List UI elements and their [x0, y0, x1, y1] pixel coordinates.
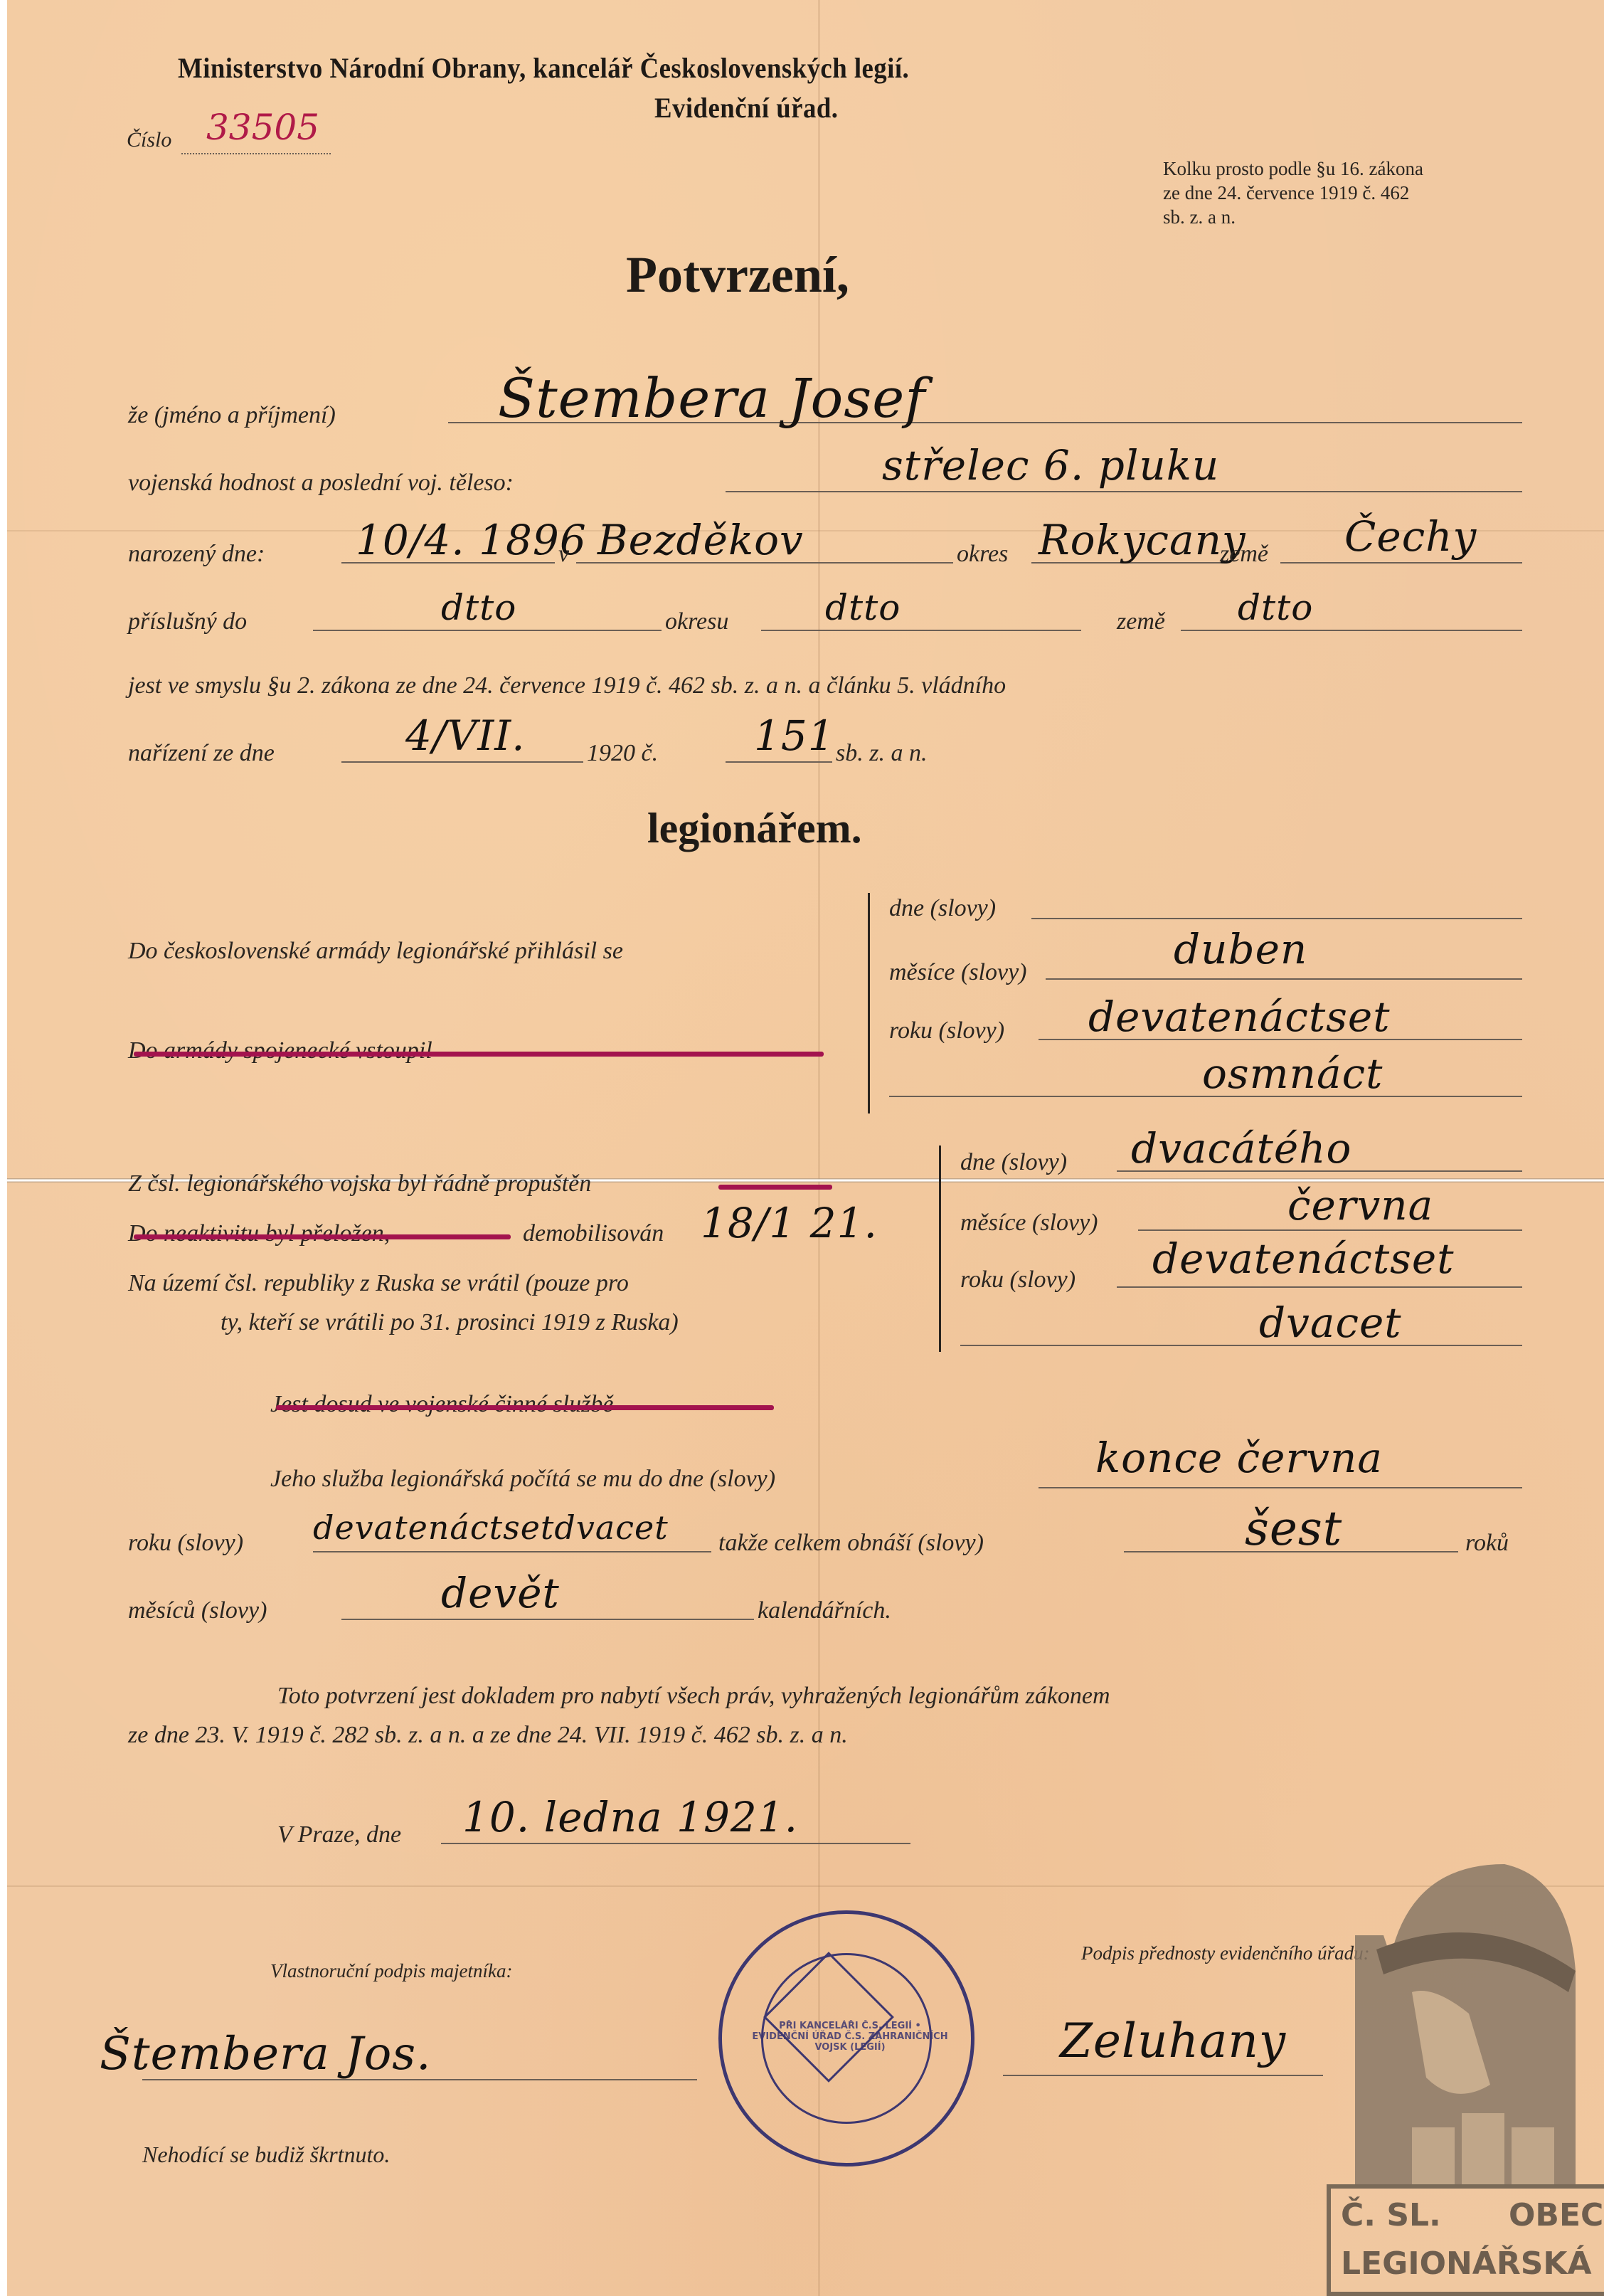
legion-association-logo: Č. SL. OBEC LEGIONÁŘSKÁ [1327, 1850, 1604, 2296]
belongs-district-line [761, 630, 1081, 631]
discharge-bracket [939, 1146, 941, 1352]
service-end-label: Jeho služba legionářská počítá se mu do … [270, 1466, 775, 1493]
document-title: Potvrzení, [626, 245, 849, 305]
decree-number: 151 [754, 711, 835, 760]
document-number: 33505 [206, 107, 319, 148]
decree-suffix: sb. z. a n. [836, 740, 927, 767]
active-service-struck: Jest dosud ve vojenské činné službě [270, 1391, 613, 1418]
service-year-label: roku (slovy) [128, 1530, 243, 1557]
service-months-line [341, 1619, 754, 1620]
soldier-helmet-icon [1327, 1850, 1604, 2191]
born-in-label: v [558, 541, 569, 568]
name-label: že (jméno a příjmení) [128, 402, 336, 429]
strikethrough-mark [276, 1405, 774, 1410]
service-year-line [313, 1551, 711, 1552]
office-heading: Evidenční úřad. [654, 91, 838, 125]
service-months-label: měsíců (slovy) [128, 1597, 267, 1624]
service-total-label: takže celkem obnáší (slovy) [718, 1530, 984, 1557]
allied-army-text-struck: Do armády spojenecké vstoupil [128, 1037, 432, 1064]
belongs-land-line [1181, 630, 1522, 631]
logo-text-obec: OBEC [1509, 2197, 1603, 2233]
land-label: země [1220, 541, 1268, 568]
belongs-land-label: země [1117, 608, 1165, 635]
service-total-years: šest [1245, 1501, 1342, 1556]
land-value: Čechy [1344, 512, 1477, 561]
belongs-land-value: dtto [1238, 587, 1313, 628]
discharge-year-line [1117, 1286, 1522, 1288]
enlistment-month-value: duben [1174, 925, 1307, 973]
discharge-demobilised-label: demobilisován [523, 1220, 664, 1247]
ministry-heading: Ministerstvo Národní Obrany, kancelář Če… [178, 51, 909, 85]
decree-label: nařízení ze dne [128, 740, 275, 767]
belongs-line [313, 630, 662, 631]
enlistment-year-value-line1: devatenáctset [1088, 993, 1391, 1041]
belongs-value: dtto [441, 587, 516, 628]
strikethrough-mark [718, 1185, 832, 1190]
land-line [1280, 562, 1522, 564]
decree-date-line [341, 761, 583, 763]
decree-year: 1920 č. [587, 740, 658, 767]
return-russia-line1: Na území čsl. republiky z Ruska se vráti… [128, 1270, 629, 1297]
rank-label: vojenská hodnost a poslední voj. těleso: [128, 470, 514, 497]
return-russia-line2: ty, kteří se vrátili po 31. prosinci 191… [221, 1309, 679, 1336]
district-value: Rokycany [1039, 516, 1246, 564]
service-end-value: konce června [1095, 1434, 1383, 1482]
discharge-year-value-line1: devatenáctset [1152, 1234, 1455, 1283]
service-year-value: devatenáctsetdvacet [313, 1508, 669, 1547]
discharge-month-label: měsíce (slovy) [960, 1210, 1098, 1237]
law-text: jest ve smyslu §u 2. zákona ze dne 24. č… [128, 672, 1006, 699]
head-signature-line [1003, 2075, 1323, 2076]
enlistment-month-label: měsíce (slovy) [889, 959, 1027, 986]
decree-date: 4/VII. [405, 711, 526, 760]
number-label: Číslo [127, 128, 171, 152]
number-line [181, 153, 331, 154]
discharge-demobilised-date: 18/1 21. [701, 1199, 878, 1247]
enlistment-year-value-line2: osmnáct [1202, 1049, 1383, 1098]
logo-text-legionarska: LEGIONÁŘSKÁ [1341, 2245, 1592, 2282]
service-years-suffix: roků [1465, 1530, 1509, 1557]
belongs-district-label: okresu [665, 608, 728, 635]
certification-line1: Toto potvrzení jest dokladem pro nabytí … [277, 1683, 1110, 1710]
enlistment-year-label: roku (slovy) [889, 1017, 1004, 1044]
strikethrough-mark [134, 1234, 511, 1239]
rank-line [726, 491, 1522, 492]
head-signature: Zeluhany [1060, 2014, 1286, 2068]
discharge-day-label: dne (slovy) [960, 1149, 1067, 1176]
discharge-line1-struck: Z čsl. legionářského vojska byl řádně pr… [128, 1170, 591, 1197]
service-months-value: devět [441, 1569, 560, 1617]
born-label: narozený dne: [128, 541, 265, 568]
enlistment-bracket [868, 893, 870, 1113]
discharge-day-value: dvacátého [1131, 1124, 1351, 1173]
legionnaire-heading: legionářem. [647, 804, 862, 853]
owner-signature-label: Vlastnoruční podpis majetníka: [270, 1960, 512, 1982]
discharge-line2-struck: Do neaktivitu byl přeložen, [128, 1220, 390, 1247]
logo-text-csl: Č. SL. [1341, 2197, 1441, 2233]
belongs-district-value: dtto [825, 587, 901, 628]
logo-text-box: Č. SL. OBEC LEGIONÁŘSKÁ [1327, 2184, 1604, 2296]
enlistment-day-label: dne (slovy) [889, 895, 996, 922]
enlistment-month-line [1046, 978, 1522, 980]
stamp-exemption-line3: sb. z. a n. [1163, 206, 1236, 228]
service-months-suffix: kalendářních. [758, 1597, 891, 1624]
discharge-month-line [1138, 1229, 1522, 1231]
district-label: okres [957, 541, 1008, 568]
born-date: 10/4. 1896 [356, 516, 587, 564]
decree-number-line [726, 761, 832, 763]
enlistment-text: Do československé armády legionářské při… [128, 938, 623, 965]
official-stamp: PŘI KANCELÁŘI Č.S. LEGIÍ • EVIDENČNÍ ÚŘA… [718, 1910, 974, 2167]
stamp-ring-text: PŘI KANCELÁŘI Č.S. LEGIÍ • EVIDENČNÍ ÚŘA… [750, 2021, 950, 2053]
discharge-year-value-line2: dvacet [1259, 1298, 1402, 1347]
document-paper: Ministerstvo Národní Obrany, kancelář Če… [7, 0, 1604, 2296]
strikethrough-mark [134, 1052, 824, 1057]
owner-signature: Štembera Jos. [100, 2028, 431, 2080]
place-date-value: 10. ledna 1921. [462, 1793, 798, 1841]
place-date-label: V Praze, dne [277, 1821, 401, 1848]
name-value: Štembera Josef [498, 366, 925, 430]
stamp-exemption-line1: Kolku prosto podle §u 16. zákona [1163, 158, 1423, 180]
discharge-year-line2 [960, 1345, 1522, 1346]
stamp-exemption-line2: ze dne 24. července 1919 č. 462 [1163, 182, 1409, 204]
discharge-month-value: června [1287, 1181, 1433, 1229]
belongs-label: příslušný do [128, 608, 247, 635]
rank-value: střelec 6. pluku [882, 441, 1219, 490]
discharge-year-label: roku (slovy) [960, 1266, 1075, 1294]
born-place: Bezděkov [597, 516, 804, 564]
certification-line2: ze dne 23. V. 1919 č. 282 sb. z. a n. a … [128, 1722, 848, 1749]
service-end-line [1039, 1487, 1522, 1488]
enlistment-day-line [1031, 918, 1522, 919]
strike-out-note: Nehodící se budiž škrtnuto. [142, 2142, 390, 2168]
place-date-line [441, 1843, 910, 1844]
